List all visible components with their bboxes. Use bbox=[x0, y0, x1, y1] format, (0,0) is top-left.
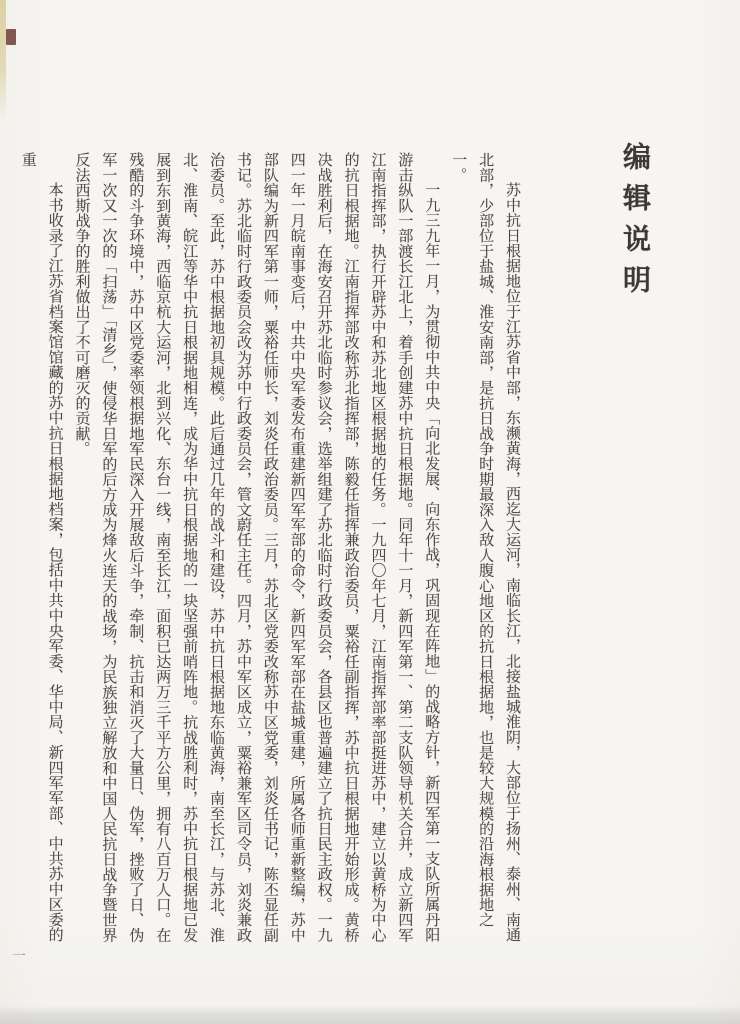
paragraph-1: 苏中抗日根据地位于江苏省中部，东濒黄海，西迄大运河，南临长江，北接盐城淮阴，大部… bbox=[444, 152, 525, 948]
page-number: 一 bbox=[12, 946, 26, 966]
red-corner-mark bbox=[6, 29, 16, 45]
scan-bottom-band bbox=[0, 1006, 740, 1024]
paragraph-2: 一九三九年一月，为贯彻中共中央「向北发展、向东作战，巩固现在阵地」的战略方针，新… bbox=[68, 152, 445, 948]
page-title: 编辑说明 bbox=[614, 142, 654, 306]
scan-left-edge-strip bbox=[0, 0, 6, 120]
scanned-book-page: 编辑说明 苏中抗日根据地位于江苏省中部，东濒黄海，西迄大运河，南临长江，北接盐城… bbox=[0, 0, 740, 1024]
body-text-block: 苏中抗日根据地位于江苏省中部，东濒黄海，西迄大运河，南临长江，北接盐城淮阴，大部… bbox=[63, 152, 525, 948]
paragraph-3: 本书收录了江苏省档案馆馆藏的苏中抗日根据地档案，包括中共中央军委、华中局、新四军… bbox=[14, 152, 68, 948]
